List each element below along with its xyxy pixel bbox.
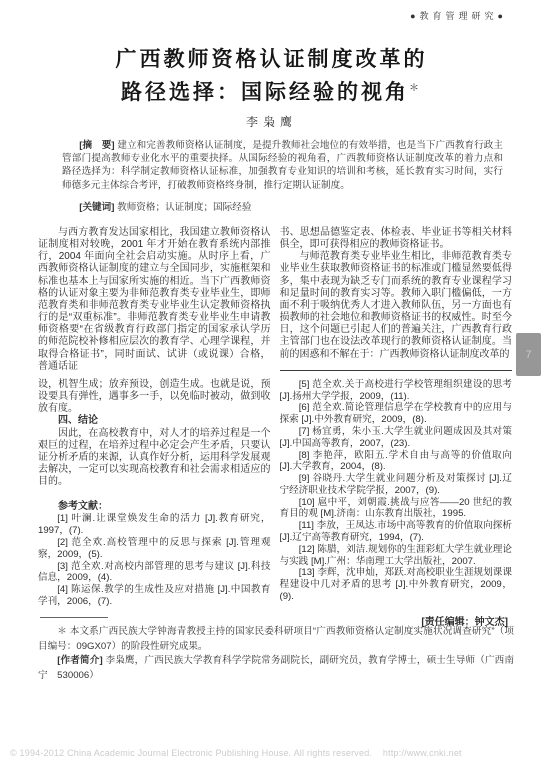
author-bio-note: [作者简介] 李枭鹰，广西民族大学教育科学学院常务副院长，副研究员，教育学博士，… <box>38 654 514 683</box>
body-paragraph: 因此，在高校教育中，对人才的培养过程是一个艰巨的过程，在培养过程中必定会产生矛盾… <box>38 428 271 489</box>
reference-item: [4] 陈运保.教学的生成性及应对措施 [J].中国教育学刊，2006，(7). <box>38 584 271 608</box>
article-title: 广西教师资格认证制度改革的 路径选择：国际经验的视角＊ <box>0 45 543 107</box>
right-column: 书、思想品德鉴定表、体检表、毕业证书等相关材料俱全，即可获得相应的教师资格证书。… <box>280 227 513 615</box>
journal-page: ●教育管理研究● 广西教师资格认证制度改革的 路径选择：国际经验的视角＊ 李枭鹰… <box>0 0 543 768</box>
page-footnotes: ＊ 本文系广西民族大学钟海青教授主持的国家民委科研项目“广西教师资格认定制度实施… <box>38 617 514 683</box>
reference-item: [5] 范全欢.关于高校进行学校管理组织建设的思考 [J].扬州大学学报，200… <box>280 379 513 403</box>
page-number: 7 <box>525 349 531 361</box>
keywords-line: [关键词] 教师资格；认证制度；国际经验 <box>62 201 503 214</box>
page-number-tab: 7 <box>516 333 541 376</box>
abstract-label: [摘 要] <box>79 140 114 151</box>
keywords-text: 教师资格；认证制度；国际经验 <box>117 202 251 213</box>
reference-item: [11] 李放，王凤达.市场中高等教育的价值取向探析 [J].辽宁高等教育研究，… <box>280 520 513 544</box>
title-footnote-mark: ＊ <box>409 83 422 94</box>
article-title-line2: 路径选择：国际经验的视角＊ <box>0 74 543 107</box>
reference-item: [1] 叶澜.让课堂焕发生命的活力 [J].教育研究，1997，(7). <box>38 513 271 537</box>
author-name: 李枭鹰 <box>0 113 543 130</box>
body-paragraph: 与西方教育发达国家相比，我国建立教师资格认证制度相对较晚，2001 年才开始在教… <box>38 227 271 373</box>
author-bio-label: [作者简介] <box>57 655 102 666</box>
body-columns: 与西方教育发达国家相比，我国建立教师资格认证制度相对较晚，2001 年才开始在教… <box>38 227 512 615</box>
body-paragraph: 设，机智生成；放弃预设，创造生成。也就是说，预设要具有弹性，遇事多一手，以免临时… <box>38 379 271 415</box>
reference-item: [13] 李辉，沈申灿，郑跃.对高校职业生涯规划课课程建设中几对矛盾的思考 [J… <box>280 567 513 602</box>
left-column: 与西方教育发达国家相比，我国建立教师资格认证制度相对较晚，2001 年才开始在教… <box>38 227 271 615</box>
reference-item: [2] 范全欢.高校管理中的反思与探索 [J].管理观察，2009，(5). <box>38 537 271 561</box>
body-paragraph: 与师范教育类专业毕业生相比，非师范教育类专业毕业生获取教师资格证书的标准或门槛显… <box>280 251 513 360</box>
column-header-label: ●教育管理研究● <box>410 9 507 22</box>
abstract-paragraph: [摘 要] 建立和完善教师资格认证制度，是提升教师社会地位的有效举措，也是当下广… <box>62 139 503 192</box>
fund-project-note: ＊ 本文系广西民族大学钟海青教授主持的国家民委科研项目“广西教师资格认定制度实施… <box>38 625 514 654</box>
references-divider-rule <box>280 370 513 371</box>
reference-item: [6] 范全欢.简论管理信息学在学校教育中的应用与探索 [J].中外教育研究，2… <box>280 402 513 426</box>
body-paragraph: 书、思想品德鉴定表、体检表、毕业证书等相关材料俱全，即可获得相应的教师资格证书。 <box>280 227 513 251</box>
abstract-section: [摘 要] 建立和完善教师资格认证制度，是提升教师社会地位的有效举措，也是当下广… <box>62 139 503 214</box>
keywords-label: [关键词] <box>79 202 114 213</box>
article-title-line1: 广西教师资格认证制度改革的 <box>0 45 543 74</box>
reference-item: [9] 谷晓丹.大学生就业问题分析及对策探讨 [J].辽宁经济职业技术学院学报，… <box>280 473 513 497</box>
reference-item: [3] 范全欢.对高校内部管理的思考与建议 [J].科技信息，2009，(4). <box>38 561 271 585</box>
cnki-copyright-line: © 1994-2012 China Academic Journal Elect… <box>10 748 462 758</box>
reference-item: [12] 陈腊，刘洁.规划你的生涯彩虹大学生就业理论与实践 [M].广州：华南理… <box>280 544 513 568</box>
reference-item: [10] 扈中平，刘朝霞.挑战与应答——20 世纪的教育目的观 [M].济南：山… <box>280 497 513 521</box>
reference-item: [7] 杨宜勇，朱小玉.大学生就业问题成因及其对策 [J].中国高等教育，200… <box>280 426 513 450</box>
footnote-separator-rule <box>40 617 108 618</box>
reference-item: [8] 李艳萍，欧阳五.学术自由与高等的价值取向 [J].大学教育，2004，(… <box>280 450 513 474</box>
author-bio-text: 李枭鹰，广西民族大学教育科学学院常务副院长，副研究员，教育学博士，硕士生导师（广… <box>38 655 514 681</box>
section-heading-conclusion: 四、结论 <box>38 415 271 427</box>
references-heading: 参考文献： <box>38 501 271 513</box>
abstract-text: 建立和完善教师资格认证制度，是提升教师社会地位的有效举措，也是当下广西教育行政主… <box>62 140 503 191</box>
column-gap <box>38 488 271 501</box>
